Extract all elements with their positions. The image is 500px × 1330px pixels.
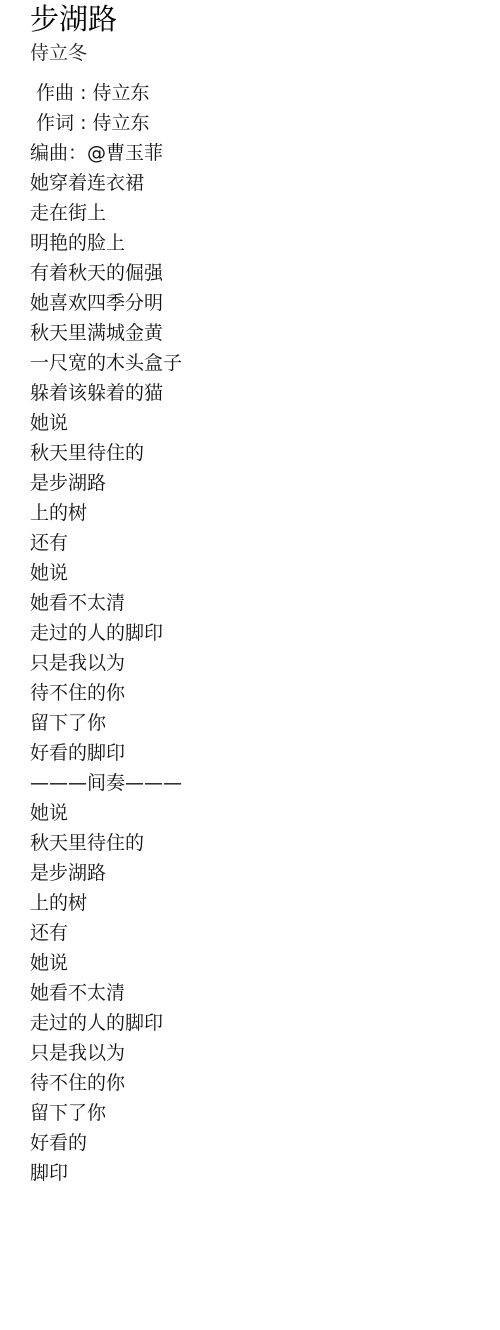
lyric-line: 留下了你 <box>30 708 182 738</box>
lyric-line: 她看不太清 <box>30 588 182 618</box>
lyric-line: 走过的人的脚印 <box>30 1008 182 1038</box>
song-artist: 侍立冬 <box>30 40 87 66</box>
lyric-line: 是步湖路 <box>30 468 182 498</box>
lyric-line: 她说 <box>30 408 182 438</box>
lyrics-block: 作曲 : 侍立东 作词 : 侍立东 编曲：@曹玉菲 她穿着连衣裙 走在街上 明艳… <box>30 78 182 1188</box>
lyric-line: 还有 <box>30 918 182 948</box>
lyric-line: 她看不太清 <box>30 978 182 1008</box>
lyric-line: 待不住的你 <box>30 1068 182 1098</box>
lyric-line: 只是我以为 <box>30 648 182 678</box>
song-title: 步湖路 <box>30 1 117 37</box>
lyric-line: 还有 <box>30 528 182 558</box>
lyric-line: 脚印 <box>30 1158 182 1188</box>
lyric-line: 好看的脚印 <box>30 738 182 768</box>
lyric-line: 她喜欢四季分明 <box>30 288 182 318</box>
lyric-line: 上的树 <box>30 888 182 918</box>
lyric-line: 只是我以为 <box>30 1038 182 1068</box>
lyric-line: 秋天里待住的 <box>30 828 182 858</box>
lyric-line: 她说 <box>30 798 182 828</box>
lyric-line: 待不住的你 <box>30 678 182 708</box>
lyric-line: 好看的 <box>30 1128 182 1158</box>
lyric-line: 秋天里满城金黄 <box>30 318 182 348</box>
interlude-divider: ———间奏——— <box>30 768 182 798</box>
lyric-line: 秋天里待住的 <box>30 438 182 468</box>
lyric-line: 是步湖路 <box>30 858 182 888</box>
lyric-line: 走过的人的脚印 <box>30 618 182 648</box>
lyric-line: 她说 <box>30 948 182 978</box>
lyric-line: 有着秋天的倔强 <box>30 258 182 288</box>
lyric-line: 作曲 : 侍立东 <box>30 78 182 108</box>
lyric-line: 编曲：@曹玉菲 <box>30 138 182 168</box>
lyric-line: 她穿着连衣裙 <box>30 168 182 198</box>
lyric-line: 上的树 <box>30 498 182 528</box>
lyric-line: 走在街上 <box>30 198 182 228</box>
lyric-line: 作词 : 侍立东 <box>30 108 182 138</box>
lyric-line: 一尺宽的木头盒子 <box>30 348 182 378</box>
lyric-line: 明艳的脸上 <box>30 228 182 258</box>
lyric-line: 躲着该躲着的猫 <box>30 378 182 408</box>
lyric-line: 留下了你 <box>30 1098 182 1128</box>
lyric-line: 她说 <box>30 558 182 588</box>
